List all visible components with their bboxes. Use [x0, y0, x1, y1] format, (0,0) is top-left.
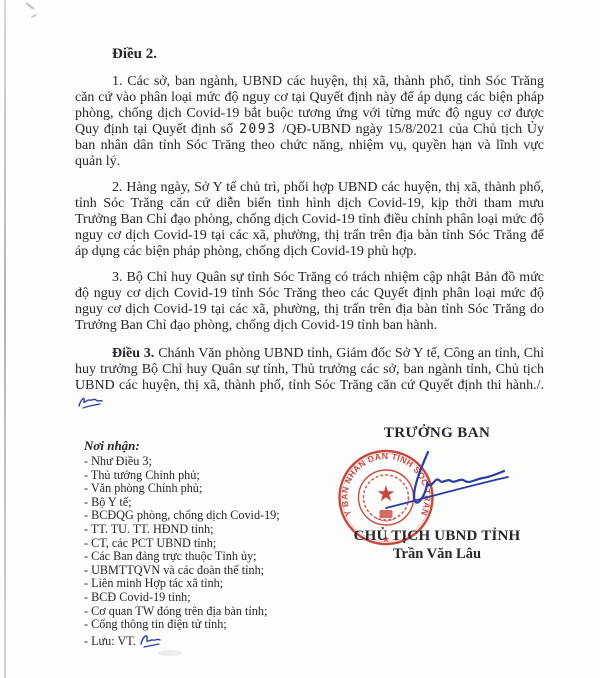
recipient-item: - Cổng thông tin điện tử tỉnh;: [84, 618, 334, 632]
recipients-label: Nơi nhận:: [84, 438, 334, 454]
signature-scribble: [378, 440, 513, 535]
handwritten-initials-icon: [138, 632, 162, 648]
scan-edge-shadow: [4, 0, 6, 678]
recipient-item: - Các Ban đảng trực thuộc Tỉnh ủy;: [84, 550, 334, 564]
recipient-item: - TT. TU. TT. HĐND tỉnh;: [84, 523, 334, 537]
handwritten-flourish-icon: [77, 394, 103, 409]
recipient-item: - Như Điều 3;: [84, 455, 334, 469]
recipient-item: - CT, các PCT UBND tỉnh;: [84, 537, 334, 551]
article-2-clause-2: 2. Hàng ngày, Sở Y tế chủ trì, phối hợp …: [75, 180, 544, 260]
recipient-item: - Liên minh Hợp tác xã tỉnh;: [84, 577, 334, 591]
recipient-item: - Bộ Y tế;: [84, 496, 334, 510]
recipient-item: - BCĐQG phòng, chống dịch Covid-19;: [84, 509, 334, 523]
scan-speck: [25, 2, 34, 10]
article-3-heading: Điều 3.: [112, 346, 154, 361]
scan-smudge: [158, 650, 182, 656]
document-body: Điều 2. 1. Các sở, ban ngành, UBND các h…: [75, 44, 544, 421]
scan-speck: [31, 14, 37, 19]
article-2-clause-1: 1. Các sở, ban ngành, UBND các huyện, th…: [75, 74, 544, 170]
recipient-item: - Văn phòng Chính phủ;: [84, 482, 334, 496]
recipient-item: - Cơ quan TW đóng trên địa bàn tỉnh;: [84, 605, 334, 619]
recipient-item: - Thủ tướng Chính phủ;: [84, 469, 334, 483]
signature-block: TRƯỞNG BAN ỦY BAN NHÂN DÂN TỈNH SÓC TRĂN…: [322, 424, 552, 563]
recipient-item: - BCĐ Covid-19 tỉnh;: [84, 591, 334, 605]
recipient-item-label: - Lưu: VT.: [84, 634, 136, 648]
recipient-item: - UBMTTQVN và các đoàn thể tỉnh;: [84, 564, 334, 578]
article-3-paragraph: Điều 3.Chánh Văn phòng UBND tỉnh, Giám đ…: [75, 346, 544, 411]
article-2-heading: Điều 2.: [112, 44, 544, 64]
recipient-item-luu: - Lưu: VT.: [84, 632, 334, 649]
signer-name: Trần Văn Lâu: [322, 546, 552, 563]
article-2-clause-3: 3. Bộ Chỉ huy Quân sự tỉnh Sóc Trăng có …: [75, 270, 544, 334]
recipients-list: Nơi nhận: - Như Điều 3; - Thủ tướng Chín…: [84, 438, 334, 648]
document-page: Điều 2. 1. Các sở, ban ngành, UBND các h…: [0, 0, 600, 678]
decision-number: 2093: [239, 122, 276, 137]
